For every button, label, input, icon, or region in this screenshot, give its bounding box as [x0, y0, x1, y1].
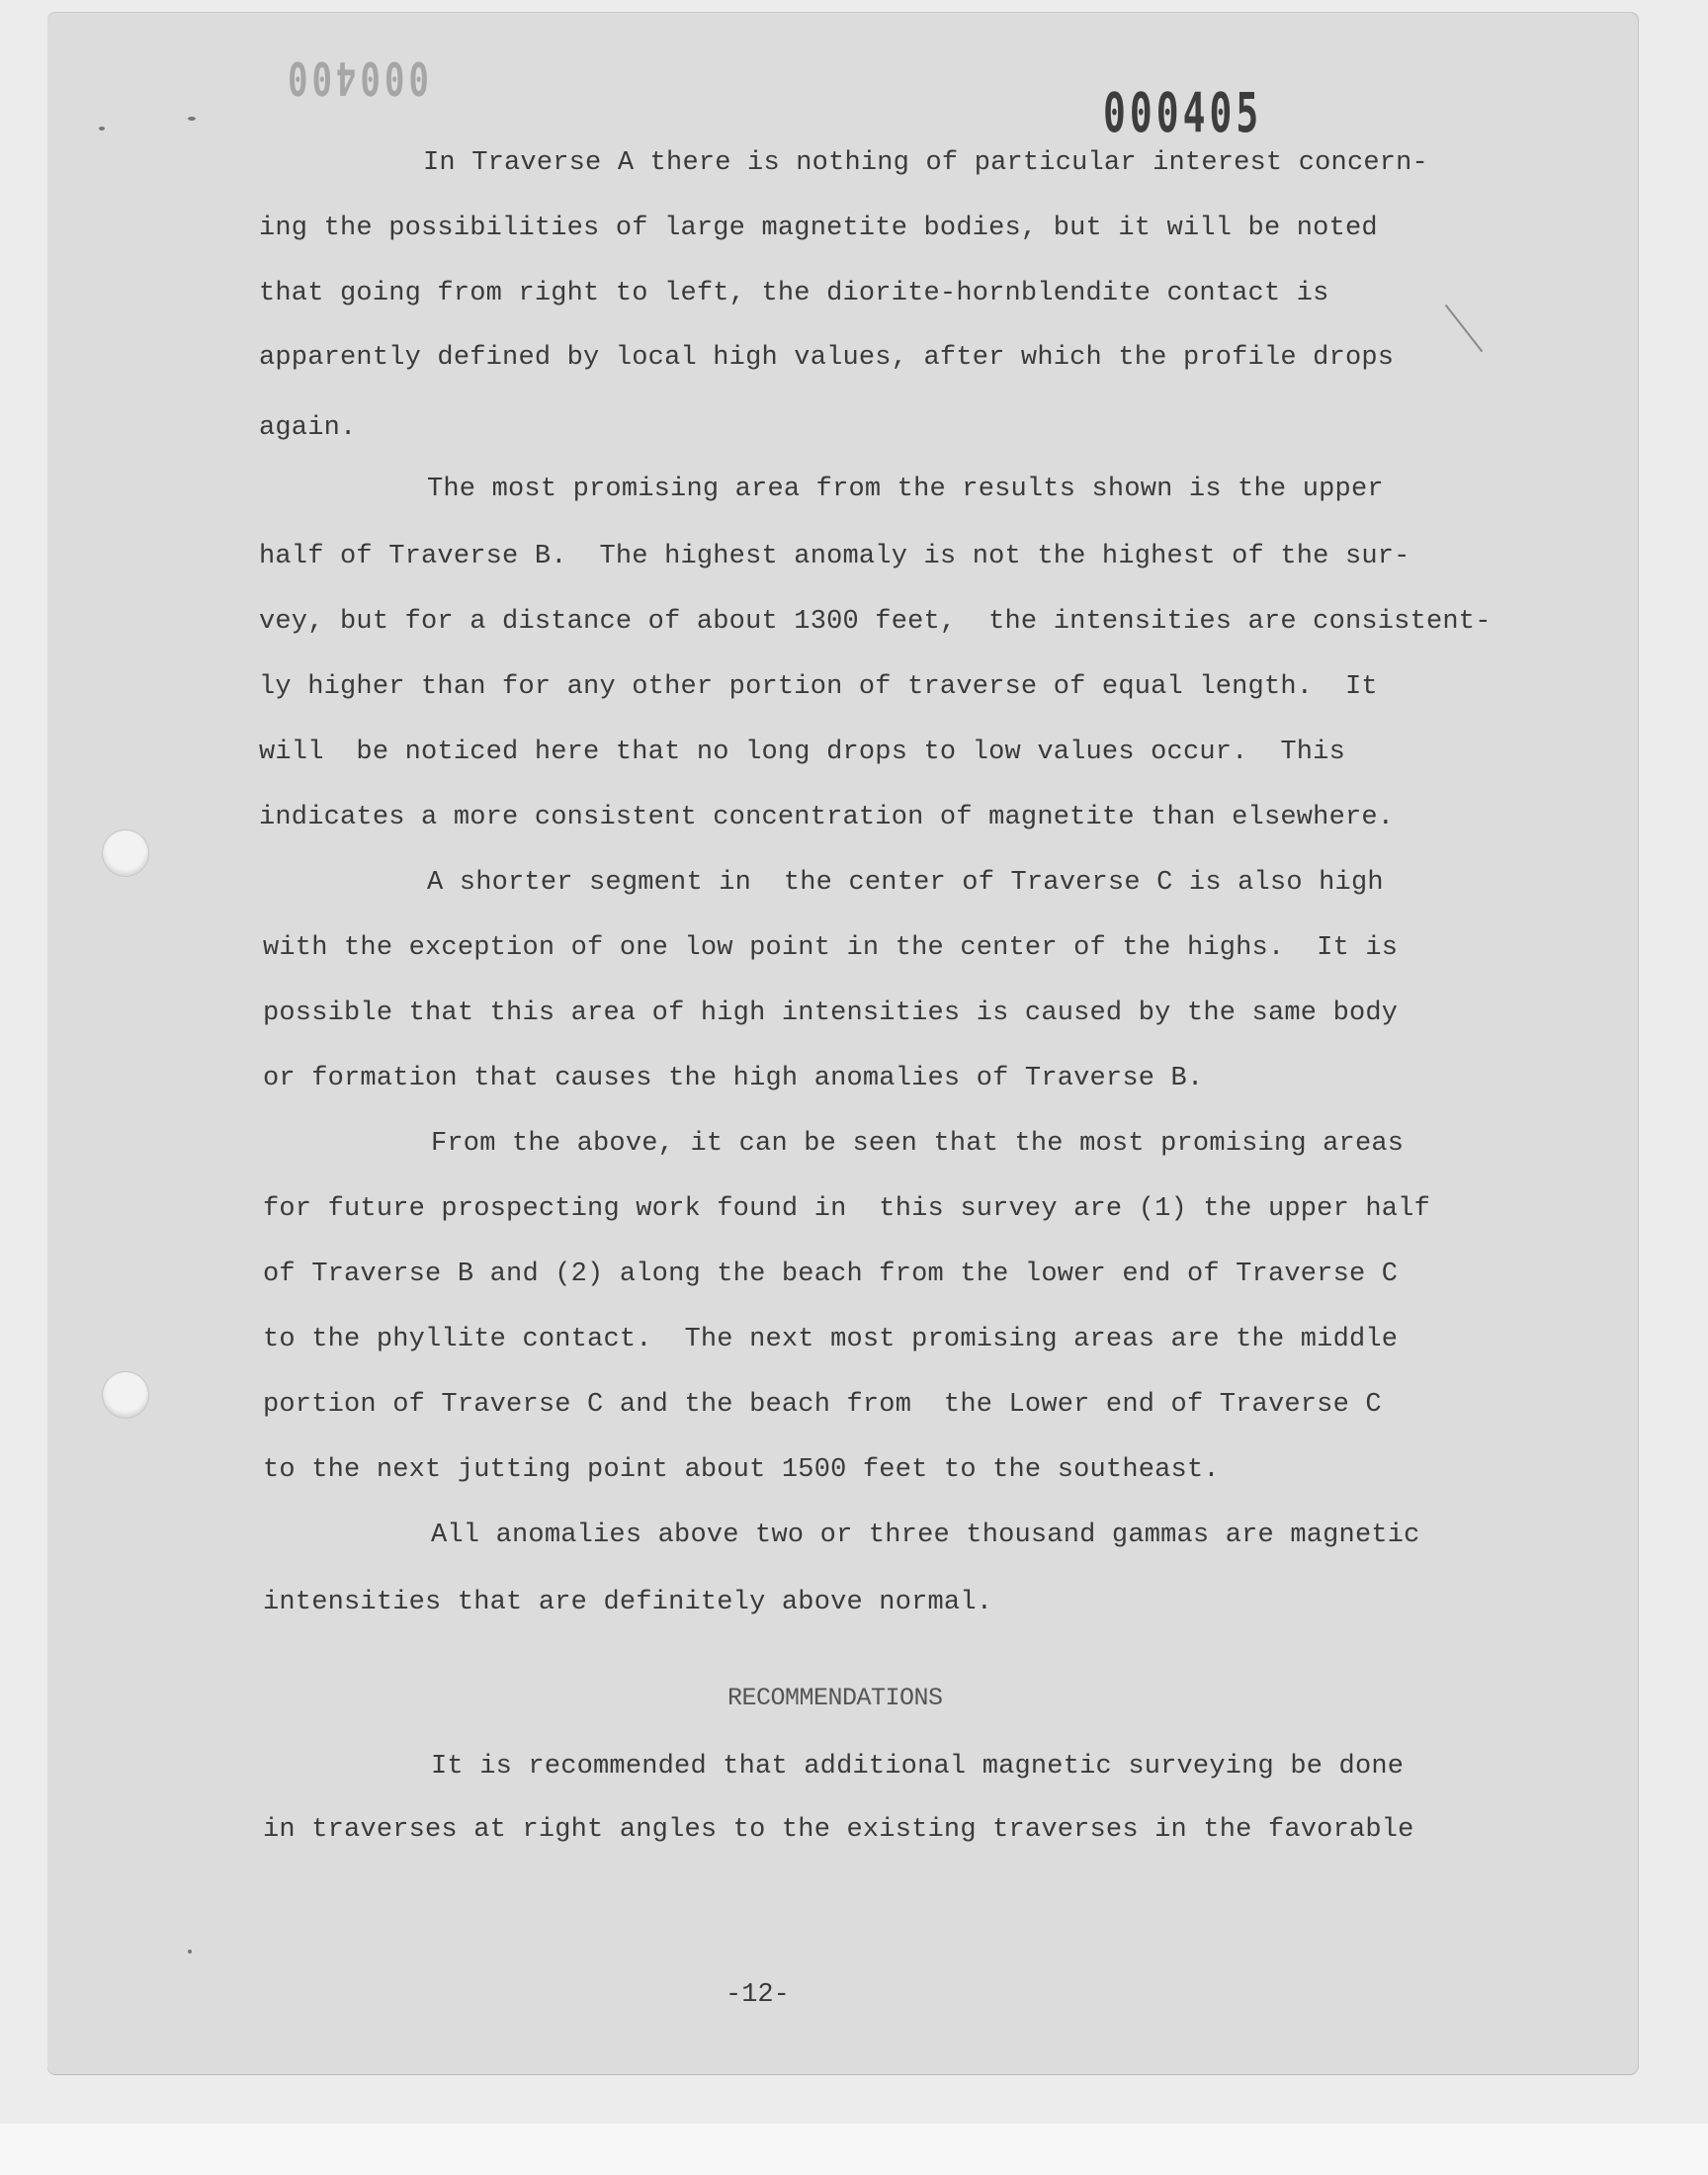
text-line: From the above, it can be seen that the …: [431, 1129, 1404, 1159]
text-line: All anomalies above two or three thousan…: [431, 1521, 1420, 1550]
hole-punch-lower: [103, 1372, 148, 1418]
text-line: It is recommended that additional magnet…: [431, 1752, 1404, 1782]
text-line: to the next jutting point about 1500 fee…: [263, 1455, 1220, 1485]
ink-speck: [188, 117, 196, 121]
text-line: A shorter segment in the center of Trave…: [427, 868, 1384, 898]
text-line: indicates a more consistent concentratio…: [259, 803, 1394, 832]
text-line: ing the possibilities of large magnetite…: [259, 214, 1378, 243]
text-line: to the phyllite contact. The next most p…: [263, 1325, 1398, 1354]
text-line: of Traverse B and (2) along the beach fr…: [263, 1260, 1398, 1289]
text-line: intensities that are definitely above no…: [263, 1588, 992, 1617]
text-line: will be noticed here that no long drops …: [259, 738, 1345, 767]
text-line: that going from right to left, the diori…: [259, 279, 1329, 308]
page-stamp-number: 000405: [1103, 81, 1262, 144]
text-line: in traverses at right angles to the exis…: [263, 1815, 1414, 1845]
text-line: possible that this area of high intensit…: [263, 999, 1398, 1028]
page-number: -12-: [726, 1980, 790, 2010]
text-line: The most promising area from the results…: [427, 475, 1384, 504]
text-line: again.: [259, 413, 356, 443]
text-line: half of Traverse B. The highest anomaly …: [259, 542, 1410, 571]
ink-speck: [188, 1950, 192, 1954]
text-line: or formation that causes the high anomal…: [263, 1064, 1203, 1093]
ink-speck: [99, 127, 105, 130]
text-line: ly higher than for any other portion of …: [259, 672, 1378, 702]
hole-punch-upper: [103, 830, 148, 876]
text-line: In Traverse A there is nothing of partic…: [423, 148, 1428, 178]
text-line: for future prospecting work found in thi…: [263, 1194, 1430, 1224]
faded-stamp-number: 000400: [284, 50, 429, 104]
text-line: with the exception of one low point in t…: [263, 933, 1398, 963]
scan-mark: [1445, 304, 1484, 353]
text-line: vey, but for a distance of about 1300 fe…: [259, 607, 1492, 637]
text-line: apparently defined by local high values,…: [259, 343, 1394, 373]
section-heading-recommendations: RECOMMENDATIONS: [727, 1684, 943, 1712]
text-line: portion of Traverse C and the beach from…: [263, 1390, 1382, 1420]
